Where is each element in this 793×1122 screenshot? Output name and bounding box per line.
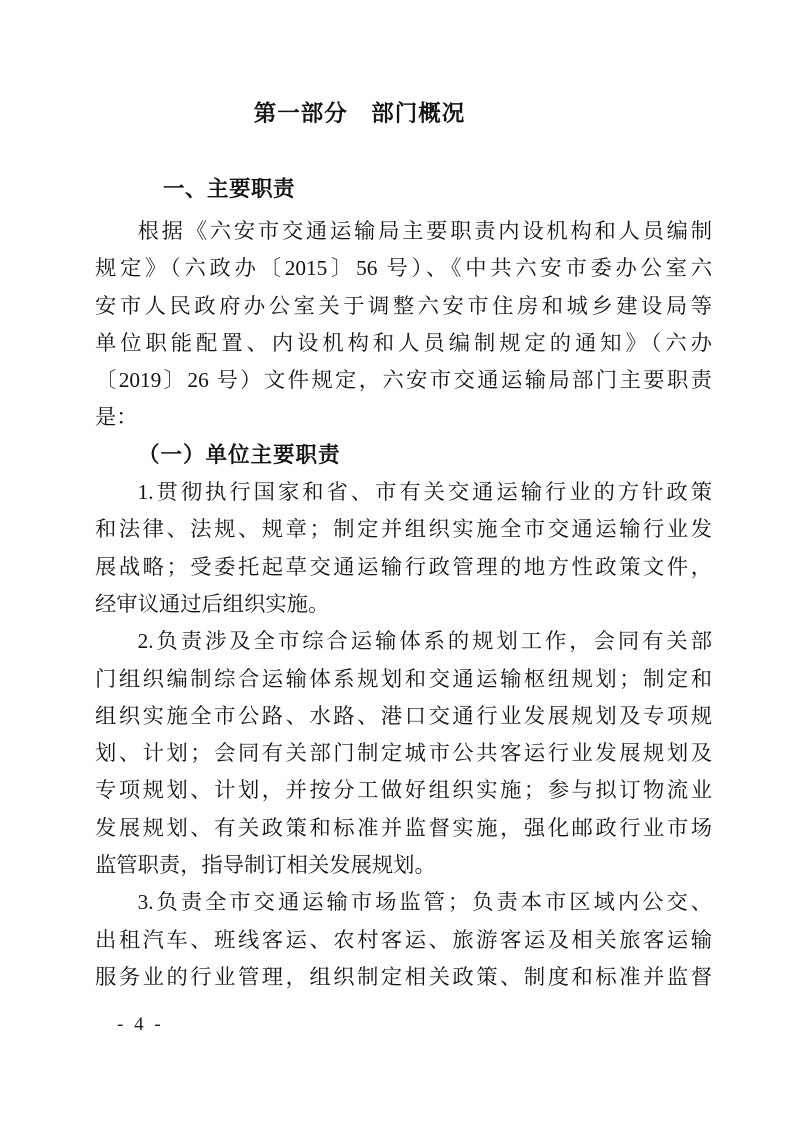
text-line: 〔2019〕26 号）文件规定，六安市交通运输局部门主要职责 xyxy=(95,362,712,399)
paragraph-duty-1: 1.贯彻执行国家和省、市有关交通运输行业的方针政策和法律、法规、规章；制定并组织… xyxy=(95,474,712,623)
paragraph-duty-2: 2.负责涉及全市综合运输体系的规划工作，会同有关部门组织编制综合运输体系规划和交… xyxy=(95,623,712,884)
text-line: 组织实施全市公路、水路、港口交通行业发展规划及专项规 xyxy=(95,698,712,735)
document-content: 第一部分 部门概况 一、主要职责 根据《六安市交通运输局主要职责内设机构和人员编… xyxy=(0,0,793,996)
text-line: 根据《六安市交通运输局主要职责内设机构和人员编制 xyxy=(95,213,712,250)
text-line: 2.负责涉及全市综合运输体系的规划工作，会同有关部 xyxy=(95,623,712,660)
text-line: 规定》（六政办〔2015〕56 号）、《中共六安市委办公室六 xyxy=(95,250,712,287)
text-line: 门组织编制综合运输体系规划和交通运输枢纽规划；制定和 xyxy=(95,661,712,698)
text-line: 单位职能配置、内设机构和人员编制规定的通知》（六办 xyxy=(95,325,712,362)
text-line: 展战略；受委托起草交通运输行政管理的地方性政策文件， xyxy=(95,549,712,586)
text-line: 专项规划、计划，并按分工做好组织实施；参与拟订物流业 xyxy=(95,772,712,809)
page-number: - 4 - xyxy=(117,1014,164,1036)
subsection-heading-unit-duties: （一）单位主要职责 xyxy=(95,437,712,474)
text-line: 安市人民政府办公室关于调整六安市住房和城乡建设局等 xyxy=(95,288,712,325)
text-line: 是： xyxy=(95,399,712,436)
text-line: 经审议通过后组织实施。 xyxy=(95,586,712,623)
document-page: 第一部分 部门概况 一、主要职责 根据《六安市交通运输局主要职责内设机构和人员编… xyxy=(0,0,793,1122)
text-line: 划、计划；会同有关部门制定城市公共客运行业发展规划及 xyxy=(95,735,712,772)
paragraph-legal-basis: 根据《六安市交通运输局主要职责内设机构和人员编制规定》（六政办〔2015〕56 … xyxy=(95,213,712,437)
body-text-block: 根据《六安市交通运输局主要职责内设机构和人员编制规定》（六政办〔2015〕56 … xyxy=(95,213,712,996)
text-line: 监管职责，指导制订相关发展规划。 xyxy=(95,847,712,884)
text-line: 出租汽车、班线客运、农村客运、旅游客运及相关旅客运输 xyxy=(95,922,712,959)
section-heading-main-duties: 一、主要职责 xyxy=(163,173,712,205)
text-line: 发展规划、有关政策和标准并监督实施，强化邮政行业市场 xyxy=(95,810,712,847)
paragraph-duty-3: 3.负责全市交通运输市场监管；负责本市区域内公交、出租汽车、班线客运、农村客运、… xyxy=(95,884,712,996)
text-line: 3.负责全市交通运输市场监管；负责本市区域内公交、 xyxy=(95,884,712,921)
text-line: 1.贯彻执行国家和省、市有关交通运输行业的方针政策 xyxy=(95,474,712,511)
document-title: 第一部分 部门概况 xyxy=(95,97,712,131)
text-line: 和法律、法规、规章；制定并组织实施全市交通运输行业发 xyxy=(95,511,712,548)
text-line: 服务业的行业管理，组织制定相关政策、制度和标准并监督 xyxy=(95,959,712,996)
